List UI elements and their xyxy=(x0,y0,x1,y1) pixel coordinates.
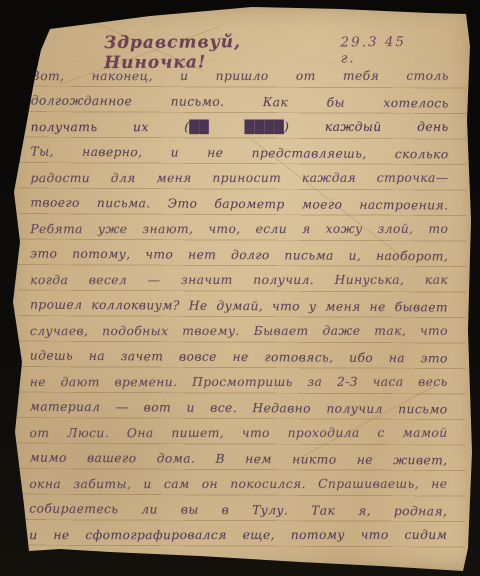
letter-line: это потому, что нет долго письма и, наоб… xyxy=(30,241,448,269)
letter-line: Ты, наверно, и не представляешь, сколько xyxy=(30,139,448,167)
scanned-letter-page: Здравствуй, Ниночка! 29.3 45 г. Вот, нак… xyxy=(0,0,480,576)
letter-line: собираетесь ли вы в Тулу. Так я, родная, xyxy=(29,496,447,524)
letter-line: от Люси. Она пишет, что проходила с мамо… xyxy=(30,421,448,447)
letter-line: окна забиты, и сам он покосился. Спрашив… xyxy=(29,472,447,498)
letter-line: случаев, подобных твоему. Бывает даже та… xyxy=(30,319,448,345)
letter-line: материал — вот и все. Недавно получил пи… xyxy=(30,394,448,422)
letter-line: Вот, наконец, и пришло от тебя столь xyxy=(31,64,449,90)
letter-body: Вот, наконец, и пришло от тебя столь дол… xyxy=(29,63,449,549)
letter-line: мимо вашего дома. В нем никто не живет, xyxy=(29,445,447,473)
letter-line: идешь на зачет вовсе не готовясь, ибо на… xyxy=(30,343,448,371)
letter-line: твоего письма. Это барометр моего настро… xyxy=(30,190,448,218)
letter-line: прошел коллоквиум? Не думай, что у меня … xyxy=(30,292,448,320)
letter-line: радости для меня приносит каждая строчка… xyxy=(30,166,448,192)
letter-line-censored: получать их (██ ████) каждый день xyxy=(31,115,449,141)
letter-line: Ребята уже знают, что, если я хожу злой,… xyxy=(30,217,448,243)
letter-date: 29.3 45 г. xyxy=(340,34,424,67)
letter-paper-sheet: Здравствуй, Ниночка! 29.3 45 г. Вот, нак… xyxy=(0,0,480,576)
letter-line: не дают времени. Просмотришь за 2-3 часа… xyxy=(30,370,448,396)
letter-line: долгожданное письмо. Как бы хотелось xyxy=(31,88,449,116)
letter-line: и не сфотографировался еще, потому что с… xyxy=(29,523,447,549)
letter-line: когда весел — значит получил. Нинуська, … xyxy=(30,268,448,294)
